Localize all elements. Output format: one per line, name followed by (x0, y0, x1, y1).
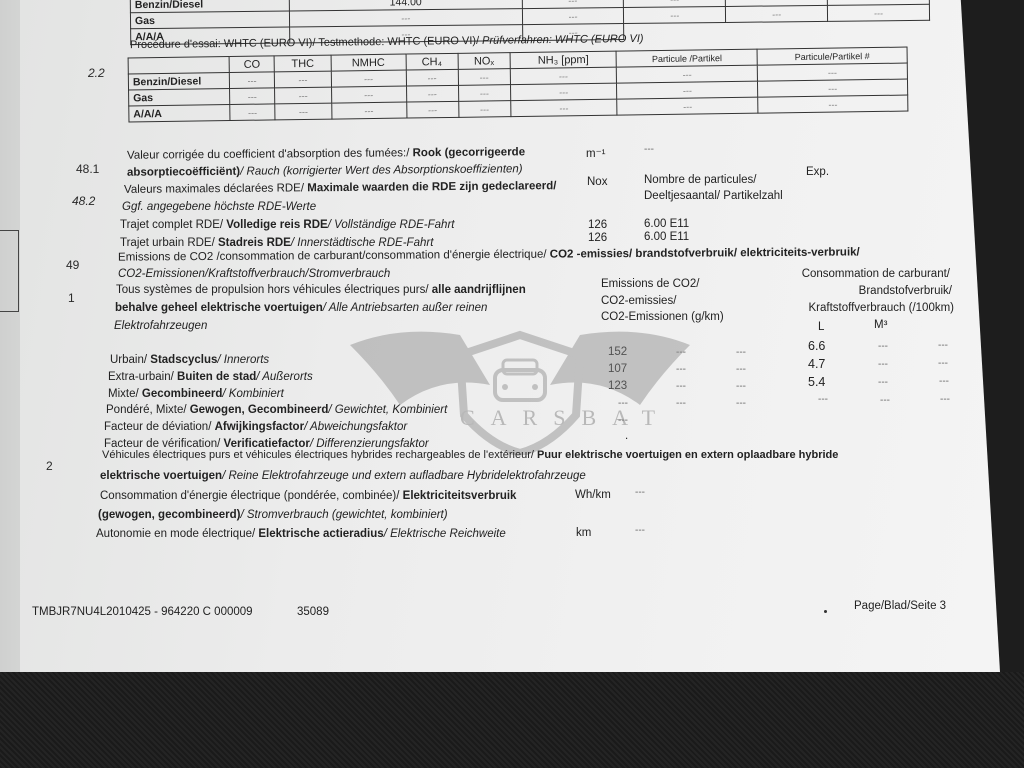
watermark-text: CARSBAT (460, 405, 671, 431)
electric-consumption-unit: Wh/km (575, 489, 611, 501)
footer-dot (824, 610, 827, 613)
fuel-mixed-m3: --- (878, 377, 888, 388)
section-number-48-1: 48.1 (76, 162, 99, 176)
section-number-2: 2 (46, 459, 53, 473)
section-2-line2: elektrische voertuigen/ Reine Elektrofah… (100, 470, 586, 482)
section-number-48-2: 48.2 (72, 194, 95, 208)
section-2-line1: Véhicules électriques purs et véhicules … (102, 449, 838, 461)
co2-urban: 152 (608, 346, 627, 358)
fuel-mixed-l: 5.4 (808, 375, 825, 389)
watermark-logo: CARSBAT (340, 315, 700, 455)
co2-header-nl: CO2-emissies/ (601, 295, 676, 307)
co2-col3-mixed: --- (736, 381, 746, 392)
co2-extra-urban: 107 (608, 363, 627, 375)
row-label-deviation: Facteur de déviation/ Afwijkingsfactor/ … (104, 421, 407, 433)
section-number-1: 1 (68, 291, 75, 305)
background-fabric (0, 672, 1024, 768)
rde-row-complete: Trajet complet RDE/ Volledige reis RDE/ … (120, 219, 454, 231)
co2-weighted: --- (618, 398, 628, 409)
rde-row-urban: Trajet urbain RDE/ Stadreis RDE/ Innerst… (120, 237, 433, 249)
co2-col3-extra-urban: --- (736, 364, 746, 375)
row-label-mixed: Mixte/ Gecombineerd/ Kombiniert (108, 388, 284, 400)
document-page: Benzin/Diesel 144.00 --- --- --- --- Gas… (20, 0, 1000, 672)
unit-cubic-meters: M³ (874, 319, 887, 331)
rde-urban-particles: 6.00 E11 (644, 231, 689, 243)
whtc-emissions-table: CO THC NMHC CH₄ NOₓ NH₃ [ppm] Particule … (128, 47, 909, 123)
car-shield-bat-wings-icon (340, 315, 700, 455)
co2-col3-urban: --- (736, 347, 746, 358)
section-1-line2: behalve geheel elektrische voertuigen/ A… (115, 302, 487, 314)
section-49-line2: CO2-Emissionen/Kraftstoffverbrauch/Strom… (118, 268, 390, 280)
co2-header-de: CO2-Emissionen (g/km) (601, 311, 724, 323)
co2-col2-urban: --- (676, 347, 686, 358)
electric-consumption-line2: (gewogen, gecombineerd)/ Stromverbrauch … (98, 509, 448, 521)
adjacent-page-edge (0, 230, 19, 312)
fuel-weighted-l: --- (818, 394, 828, 405)
rde-particles-header-1: Nombre de particules/ (644, 174, 757, 186)
co2-col3-weighted: --- (736, 398, 746, 409)
fuel-extra-urban-m3: --- (878, 359, 888, 370)
electric-consumption-value: --- (635, 487, 645, 498)
footer-doc-code: 35089 (297, 606, 329, 618)
co2-col2-extra-urban: --- (676, 364, 686, 375)
rde-particles-header-2: Deeltjesaantal/ Partikelzahl (644, 190, 783, 202)
section-48-1-line2: absorptiecoëfficiënt)/ Rauch (korrigiert… (127, 163, 523, 178)
fuel-extra-urban-col4: --- (938, 358, 948, 369)
fuel-weighted-col4: --- (940, 394, 950, 405)
rde-complete-particles: 6.00 E11 (644, 218, 689, 230)
rde-complete-nox: 126 (588, 219, 607, 231)
section-48-1-line1: Valeur corrigée du coefficient d'absorpt… (127, 146, 525, 161)
co2-deviation: --- (618, 415, 628, 426)
section-48-2-line1: Valeurs maximales déclarées RDE/ Maximal… (124, 180, 557, 196)
co2-verification: . (625, 430, 628, 442)
electric-range-unit: km (576, 527, 591, 539)
footer-doc-id: TMBJR7NU4L2010425 - 964220 C 000009 (32, 606, 253, 618)
electric-range-line: Autonomie en mode électrique/ Elektrisch… (96, 528, 506, 540)
fuel-mixed-col4: --- (939, 376, 949, 387)
rde-exp-header: Exp. (806, 166, 829, 178)
fuel-header-nl: Brandstofverbruik/ (859, 285, 952, 297)
footer-page-label: Page/Blad/Seite 3 (854, 600, 946, 612)
fuel-extra-urban-l: 4.7 (808, 357, 825, 371)
rde-nox-header: Nox (587, 176, 607, 188)
electric-range-value: --- (635, 525, 645, 536)
co2-header-fr: Emissions de CO2/ (601, 278, 699, 290)
rde-urban-nox: 126 (588, 232, 607, 244)
section-1-line1: Tous systèmes de propulsion hors véhicul… (116, 284, 526, 296)
fuel-urban-l: 6.6 (808, 339, 825, 353)
section-1-line3: Elektrofahrzeugen (114, 320, 207, 332)
electric-consumption-line1: Consommation d'énergie électrique (pondé… (100, 490, 516, 502)
fuel-urban-col4: --- (938, 340, 948, 351)
section-number-49: 49 (66, 258, 79, 272)
smoke-value: --- (644, 144, 654, 155)
fuel-header-de: Kraftstoffverbrauch (/100km) (808, 302, 954, 314)
co2-col2-weighted: --- (676, 398, 686, 409)
fuel-header-fr: Consommation de carburant/ (802, 268, 950, 280)
smoke-unit: m⁻¹ (586, 146, 605, 160)
section-number-2-2: 2.2 (88, 66, 105, 80)
row-label-extra-urban: Extra-urbain/ Buiten de stad/ Außerorts (108, 371, 313, 383)
co2-col2-mixed: --- (676, 381, 686, 392)
co2-mixed: 123 (608, 380, 627, 392)
section-48-2-line2: Ggf. angegebene höchste RDE-Werte (122, 201, 316, 213)
fuel-weighted-m3: --- (880, 395, 890, 406)
fuel-urban-m3: --- (878, 341, 888, 352)
row-label-weighted: Pondéré, Mixte/ Gewogen, Gecombineerd/ G… (106, 404, 447, 416)
row-label-urban: Urbain/ Stadscyclus/ Innerorts (110, 354, 269, 366)
unit-liters: L (818, 321, 824, 333)
